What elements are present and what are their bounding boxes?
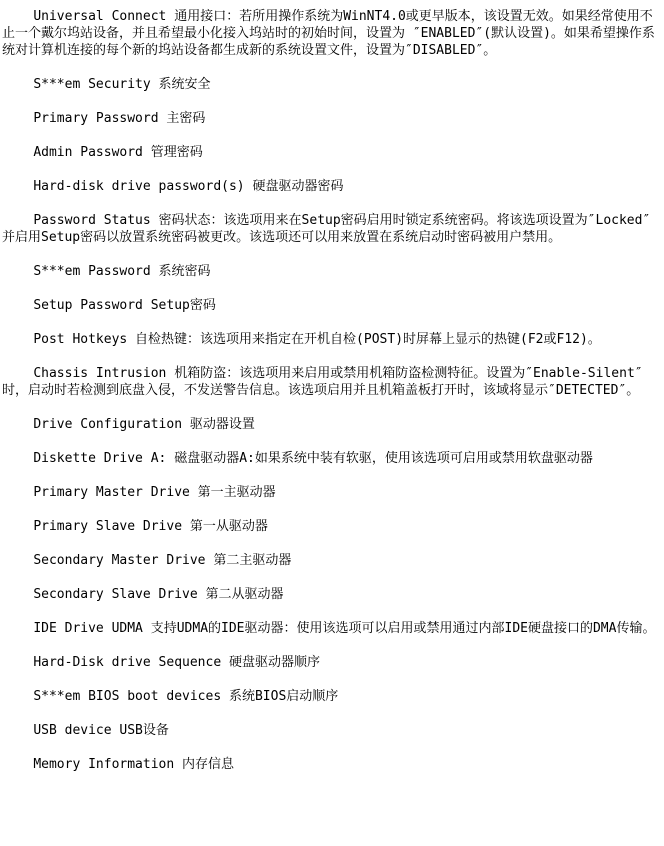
para-memory-information: Memory Information 内存信息 [2, 756, 663, 773]
para-system-security: S***em Security 系统安全 [2, 76, 663, 93]
para-secondary-slave-drive: Secondary Slave Drive 第二从驱动器 [2, 586, 663, 603]
para-system-bios-boot: S***em BIOS boot devices 系统BIOS启动顺序 [2, 688, 663, 705]
para-drive-configuration: Drive Configuration 驱动器设置 [2, 416, 663, 433]
para-hard-disk-password: Hard-disk drive password(s) 硬盘驱动器密码 [2, 178, 663, 195]
para-primary-master-drive: Primary Master Drive 第一主驱动器 [2, 484, 663, 501]
para-ide-drive-udma: IDE Drive UDMA 支持UDMA的IDE驱动器：使用该选项可以启用或禁… [2, 620, 663, 637]
para-system-password: S***em Password 系统密码 [2, 263, 663, 280]
document: Universal Connect 通用接口：若所用操作系统为WinNT4.0或… [0, 0, 664, 846]
para-secondary-master-drive: Secondary Master Drive 第二主驱动器 [2, 552, 663, 569]
para-primary-slave-drive: Primary Slave Drive 第一从驱动器 [2, 518, 663, 535]
para-setup-password: Setup Password Setup密码 [2, 297, 663, 314]
para-password-status: Password Status 密码状态：该选项用来在Setup密码启用时锁定系… [2, 212, 663, 246]
para-post-hotkeys: Post Hotkeys 自检热键：该选项用来指定在开机自检(POST)时屏幕上… [2, 331, 663, 348]
para-primary-password: Primary Password 主密码 [2, 110, 663, 127]
para-chassis-intrusion: Chassis Intrusion 机箱防盗：该选项用来启用或禁用机箱防盗检测特… [2, 365, 663, 399]
para-diskette-drive-a: Diskette Drive A: 磁盘驱动器A:如果系统中装有软驱，使用该选项… [2, 450, 663, 467]
para-universal-connect: Universal Connect 通用接口：若所用操作系统为WinNT4.0或… [2, 8, 663, 59]
para-usb-device: USB device USB设备 [2, 722, 663, 739]
para-hard-disk-sequence: Hard-Disk drive Sequence 硬盘驱动器顺序 [2, 654, 663, 671]
para-admin-password: Admin Password 管理密码 [2, 144, 663, 161]
